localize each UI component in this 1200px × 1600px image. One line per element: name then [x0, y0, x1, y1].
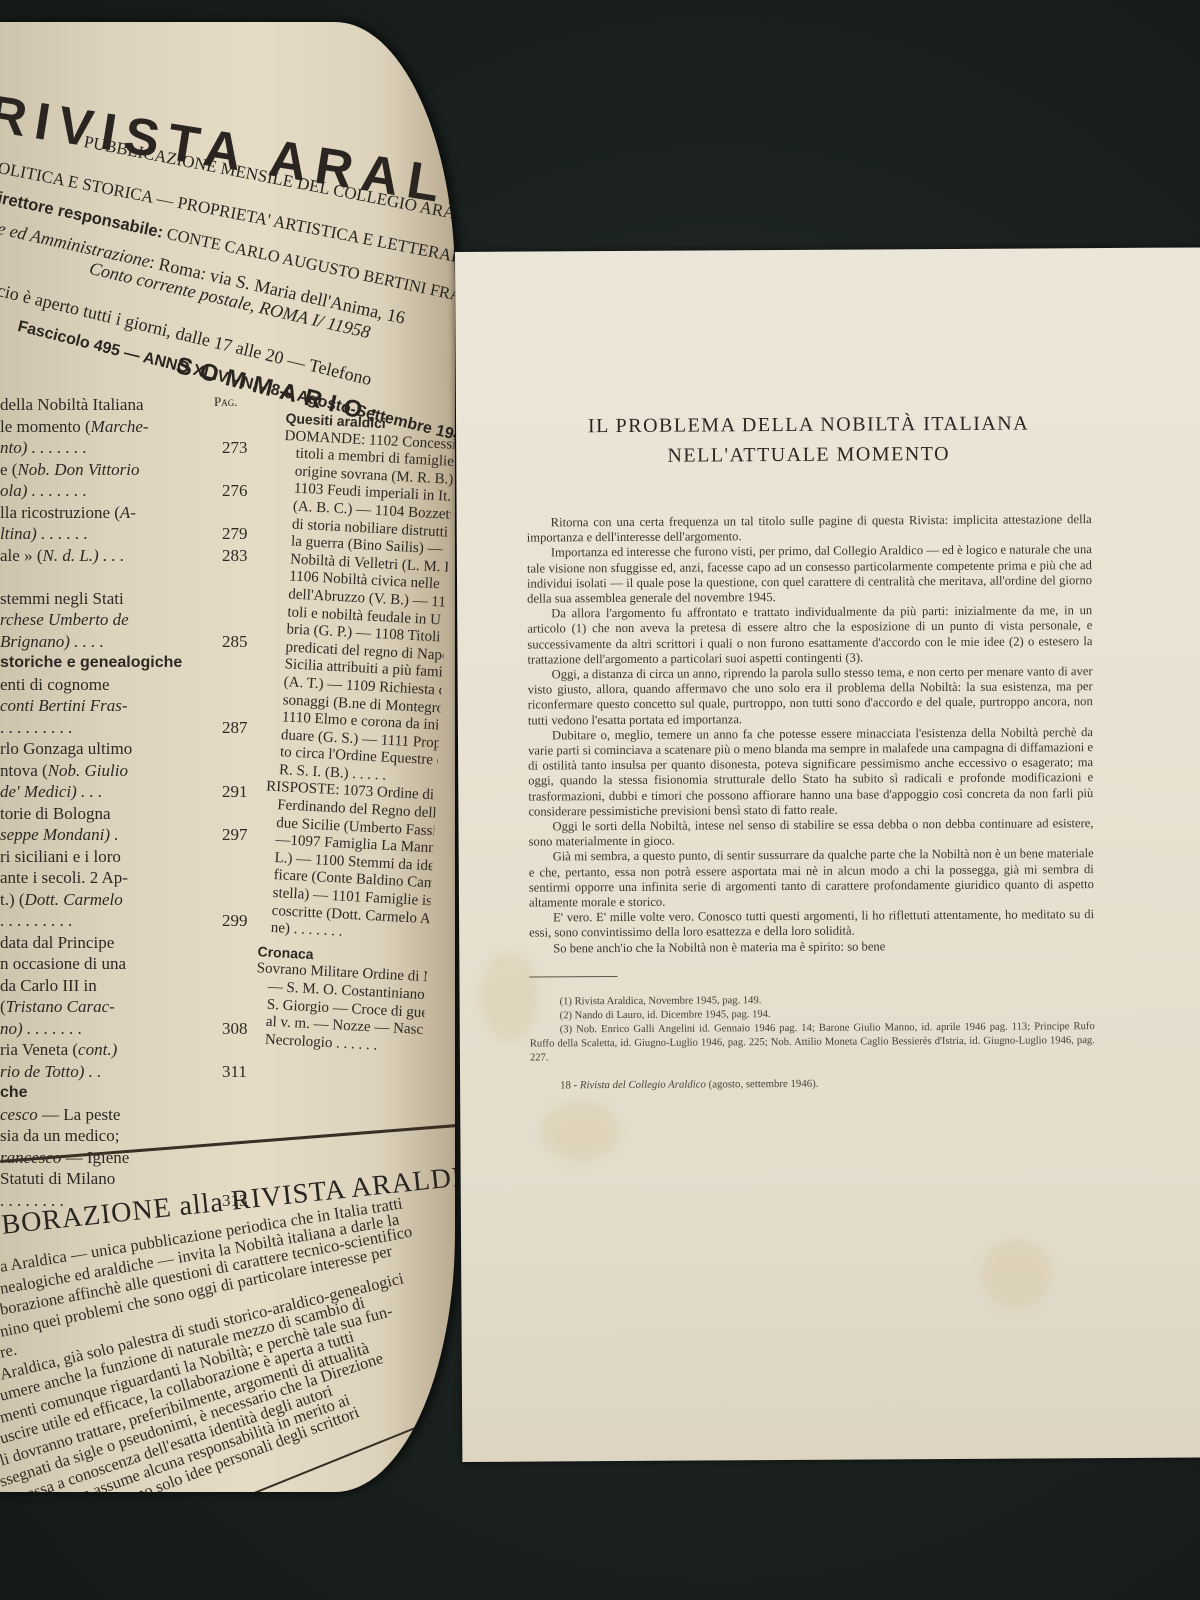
- paragraph: Ritorna con una certa frequenza un tal t…: [527, 512, 1092, 546]
- toc-entry: rio de Totto) . .311: [0, 1061, 270, 1083]
- toc-page-number: 297: [222, 824, 248, 846]
- paragraph: E' vero. E' mille volte vero. Conosco tu…: [529, 907, 1094, 941]
- footnote-3: (3) Nob. Enrico Galli Angelini id. Genna…: [530, 1020, 1095, 1065]
- toc-entry: seppe Mondani) .297: [0, 824, 270, 846]
- toc-entry: stemmi negli Stati: [0, 588, 270, 610]
- paragraph: So bene anch'io che la Nobiltà non è mat…: [529, 938, 1094, 957]
- toc-entry: enti di cognome: [0, 674, 270, 696]
- footnote-rule: [529, 976, 617, 978]
- toc-entry: ola) . . . . . . .276: [0, 480, 270, 502]
- paper-stain: [540, 1101, 620, 1161]
- toc-entry: storiche e genealogiche: [0, 652, 270, 674]
- toc-entry: ntova (Nob. Giulio: [0, 760, 270, 782]
- toc-entry: lla ricostruzione (A-: [0, 502, 270, 524]
- toc-entry: Brignano) . . . .285: [0, 631, 270, 653]
- toc-entry: t.) (Dott. Carmelo: [0, 889, 270, 911]
- toc-entry: e (Nob. Don Vittorio: [0, 459, 270, 481]
- paragraph: Da allora l'argomento fu affrontato e tr…: [527, 603, 1092, 667]
- toc-entry: ri siciliani e i loro: [0, 846, 270, 868]
- paragraph: Importanza ed interesse che furono visti…: [527, 543, 1092, 607]
- toc-entry: della Nobiltà Italiana: [0, 394, 270, 416]
- article-title: IL PROBLEMA DELLA NOBILTÀ ITALIANA NELL'…: [526, 408, 1091, 471]
- toc-entry: le momento (Marche-: [0, 416, 270, 438]
- toc-page-number: 287: [222, 717, 248, 739]
- toc-entry: ante i secoli. 2 Ap-: [0, 867, 270, 889]
- toc-entry: de' Medici) . . .291: [0, 781, 270, 803]
- toc-page-number: 283: [222, 545, 248, 567]
- toc-page-number: 308: [222, 1018, 248, 1040]
- toc-entry: nto) . . . . . . .273: [0, 437, 270, 459]
- toc-page-number: 311: [222, 1061, 247, 1083]
- paragraph: Già mi sembra, a questo punto, di sentir…: [529, 847, 1094, 911]
- quesiti-section: Quesiti araldici DOMANDE: 1102 Concessio…: [253, 410, 455, 1057]
- toc-entry: rlo Gonzaga ultimo: [0, 738, 270, 760]
- toc-entry: ale » (N. d. L.) . . .283: [0, 545, 270, 567]
- footer-date: (agosto, settembre 1946).: [706, 1078, 819, 1091]
- toc-entry: che: [0, 1082, 270, 1104]
- page-footer: 18 - Rivista del Collegio Araldico (agos…: [530, 1076, 1095, 1091]
- toc-entry: cesco — La peste: [0, 1104, 270, 1126]
- toc-page-number: 299: [222, 910, 248, 932]
- toc-entry: rchese Umberto de: [0, 609, 270, 631]
- toc-entry: torie di Bologna: [0, 803, 270, 825]
- collaboration-body: a Araldica — unica pubblicazione periodi…: [0, 1232, 455, 1492]
- paragraph: Oggi, a distanza di circa un anno, ripre…: [528, 664, 1093, 728]
- toc-entry: ltina) . . . . . .279: [0, 523, 270, 545]
- right-page-article: IL PROBLEMA DELLA NOBILTÀ ITALIANA NELL'…: [455, 247, 1200, 1462]
- toc-entry: . . . . . . . . .299: [0, 910, 270, 932]
- toc-entry: (Tristano Carac-: [0, 996, 270, 1018]
- article-title-line-1: IL PROBLEMA DELLA NOBILTÀ ITALIANA: [526, 408, 1091, 441]
- toc-entry: [0, 566, 270, 588]
- toc-page-number: 276: [222, 480, 248, 502]
- footer-journal: Rivista del Collegio Araldico: [580, 1078, 706, 1091]
- footer-page-number: 18 -: [560, 1079, 580, 1091]
- toc-page-number: 279: [222, 523, 248, 545]
- toc-entry: n occasione di una: [0, 953, 270, 975]
- left-page-cover: RIVISTA ARALDICA PUBBLICAZIONE MENSILE D…: [0, 22, 455, 1492]
- table-of-contents: della Nobiltà Italianale momento (Marche…: [0, 394, 270, 1211]
- article-body: Ritorna con una certa frequenza un tal t…: [527, 512, 1095, 956]
- article-title-line-2: NELL'ATTUALE MOMENTO: [526, 438, 1091, 471]
- toc-entry: da Carlo III in: [0, 975, 270, 997]
- toc-page-number: 273: [222, 437, 248, 459]
- footnotes: (1) Rivista Araldica, Novembre 1945, pag…: [530, 992, 1095, 1065]
- toc-page-number: 291: [222, 781, 248, 803]
- toc-entry: no) . . . . . . .308: [0, 1018, 270, 1040]
- toc-page-number: 285: [222, 631, 248, 653]
- paragraph: Dubitare o, meglio, temere un anno fa ch…: [528, 725, 1094, 820]
- toc-entry: . . . . . . . . .287: [0, 717, 270, 739]
- paper-stain: [981, 1238, 1051, 1308]
- toc-entry: ria Veneta (cont.): [0, 1039, 270, 1061]
- toc-entry: conti Bertini Fras-: [0, 695, 270, 717]
- paragraph: Oggi le sorti della Nobiltà, intese nel …: [528, 816, 1093, 850]
- toc-entry: data dal Principe: [0, 932, 270, 954]
